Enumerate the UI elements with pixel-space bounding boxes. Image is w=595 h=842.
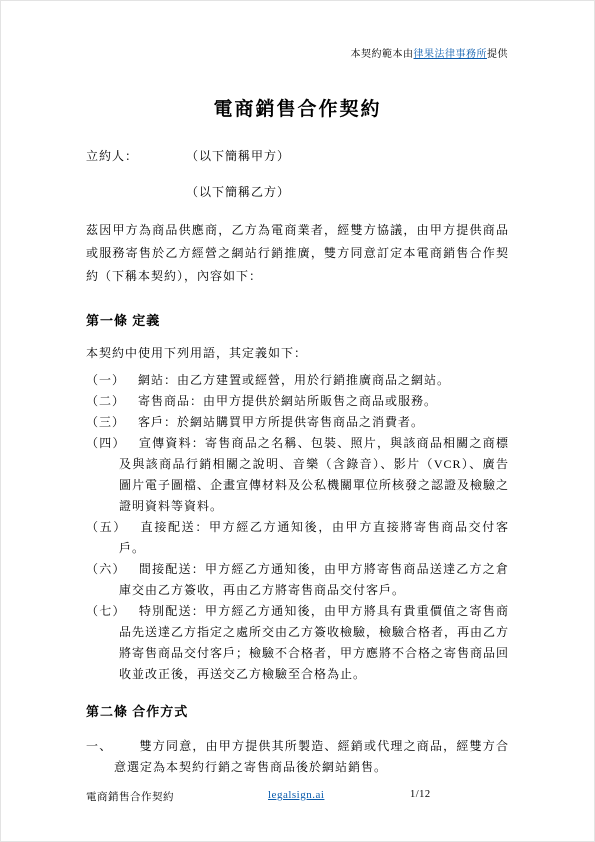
- definition-text: 寄售商品：由甲方提供於網站所販售之商品或服務。: [138, 394, 437, 408]
- footer-site-link[interactable]: legalsign.ai: [268, 789, 324, 801]
- definition-text: 宣傳資料：寄售商品之名稱、包裝、照片，與該商品相關之商標及與該商品行銷相關之說明…: [119, 436, 509, 513]
- definition-number: （四）: [86, 436, 126, 450]
- article1-lead: 本契約中使用下列用語，其定義如下：: [86, 343, 509, 364]
- definition-item: （一）網站：由乙方建置或經營，用於行銷推廣商品之網站。: [86, 370, 509, 391]
- definition-item: （六）間接配送：甲方經乙方通知後，由甲方將寄售商品送達乙方之倉庫交由乙方簽收，再…: [86, 559, 509, 601]
- definition-number: （二）: [86, 394, 125, 408]
- header-provider-note: 本契約範本由律果法律事務所提供: [351, 45, 509, 60]
- clause-item: 一、雙方同意，由甲方提供其所製造、經銷或代理之商品，經雙方合意選定為本契約行銷之…: [86, 736, 509, 778]
- parties-section: 立約人：（以下簡稱甲方） （以下簡稱乙方）: [86, 147, 509, 201]
- definition-item: （七）特別配送：甲方經乙方通知後，由甲方將具有貴重價值之寄售商品先送達乙方指定之…: [86, 601, 509, 685]
- definition-text: 網站：由乙方建置或經營，用於行銷推廣商品之網站。: [138, 373, 450, 387]
- article1-heading: 第一條 定義: [86, 312, 509, 330]
- party-b-note: （以下簡稱乙方）: [186, 185, 290, 199]
- preamble-paragraph: 茲因甲方為商品供應商，乙方為電商業者，經雙方協議，由甲方提供商品或服務寄售於乙方…: [86, 219, 509, 288]
- definition-number: （六）: [86, 562, 126, 576]
- party-a-note: （以下簡稱甲方）: [186, 149, 290, 163]
- definition-number: （七）: [86, 604, 126, 618]
- definition-text: 特別配送：甲方經乙方通知後，由甲方將具有貴重價值之寄售商品先送達乙方指定之處所交…: [119, 604, 509, 681]
- page-footer: 電商銷售合作契約 legalsign.ai 1/12: [86, 789, 511, 805]
- law-firm-link[interactable]: 律果法律事務所: [414, 49, 488, 60]
- contract-page: 本契約範本由律果法律事務所提供 電商銷售合作契約 立約人：（以下簡稱甲方） （以…: [0, 0, 595, 842]
- definition-item: （四）宣傳資料：寄售商品之名稱、包裝、照片，與該商品相關之商標及與該商品行銷相關…: [86, 433, 509, 517]
- header-note-suffix: 提供: [487, 49, 508, 60]
- article2-clause-list: 一、雙方同意，由甲方提供其所製造、經銷或代理之商品，經雙方合意選定為本契約行銷之…: [86, 736, 509, 778]
- definition-item: （二）寄售商品：由甲方提供於網站所販售之商品或服務。: [86, 391, 509, 412]
- article2-heading: 第二條 合作方式: [86, 703, 509, 721]
- definition-text: 客戶：於網站購買甲方所提供寄售商品之消費者。: [138, 415, 424, 429]
- header-note-prefix: 本契約範本由: [351, 49, 414, 60]
- parties-label: 立約人：: [86, 147, 186, 165]
- footer-page-number: 1/12: [410, 789, 431, 800]
- party-b-line: （以下簡稱乙方）: [86, 183, 509, 201]
- definition-number: （三）: [86, 415, 125, 429]
- article1-definition-list: （一）網站：由乙方建置或經營，用於行銷推廣商品之網站。 （二）寄售商品：由甲方提…: [86, 370, 509, 685]
- definition-item: （三）客戶：於網站購買甲方所提供寄售商品之消費者。: [86, 412, 509, 433]
- definition-text: 間接配送：甲方經乙方通知後，由甲方將寄售商品送達乙方之倉庫交由乙方簽收，再由乙方…: [119, 562, 509, 597]
- definition-number: （一）: [86, 373, 125, 387]
- party-a-line: 立約人：（以下簡稱甲方）: [86, 147, 509, 165]
- definition-item: （五）直接配送：甲方經乙方通知後，由甲方直接將寄售商品交付客戶。: [86, 517, 509, 559]
- contract-title: 電商銷售合作契約: [86, 96, 509, 123]
- footer-doc-title: 電商銷售合作契約: [86, 789, 174, 804]
- clause-text: 雙方同意，由甲方提供其所製造、經銷或代理之商品，經雙方合意選定為本契約行銷之寄售…: [114, 739, 509, 774]
- definition-number: （五）: [86, 520, 127, 534]
- definition-text: 直接配送：甲方經乙方通知後，由甲方直接將寄售商品交付客戶。: [119, 520, 509, 555]
- clause-number: 一、: [86, 739, 112, 753]
